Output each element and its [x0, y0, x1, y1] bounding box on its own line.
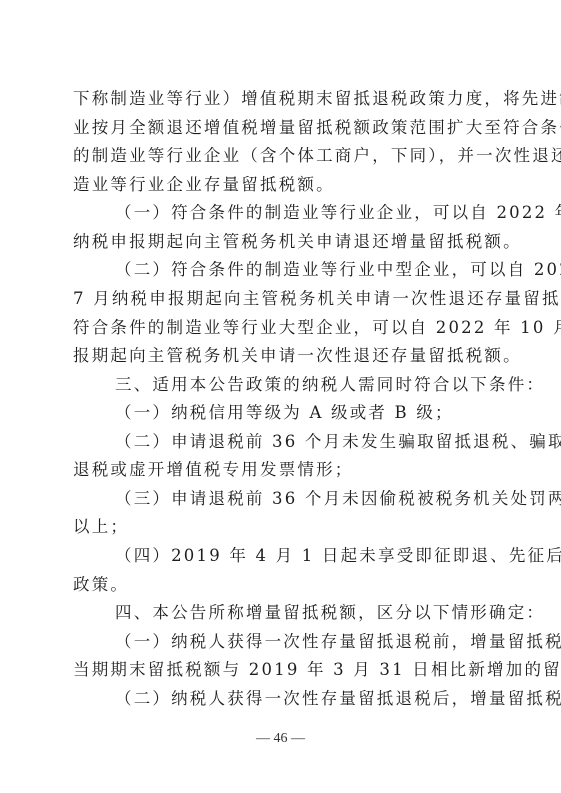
text-line: 报期起向主管税务机关申请一次性退还存量留抵税额。 [73, 342, 491, 371]
page-number: — 46 — [0, 731, 561, 747]
text-line: （一）纳税人获得一次性存量留抵退税前，增量留抵税额为 [73, 628, 491, 657]
text-line: （一）纳税信用等级为 A 级或者 B 级； [73, 399, 491, 428]
text-line: （四）2019 年 4 月 1 日起未享受即征即退、先征后返（退） [73, 542, 491, 571]
text-line: （一）符合条件的制造业等行业企业，可以自 2022 年 4 月 [73, 199, 491, 228]
section-heading: 三、适用本公告政策的纳税人需同时符合以下条件： [73, 371, 491, 400]
text-line: （二）申请退税前 36 个月未发生骗取留抵退税、骗取出口 [73, 428, 491, 457]
document-body: 下称制造业等行业）增值税期末留抵退税政策力度，将先进制造 业按月全额退还增值税增… [73, 85, 491, 713]
document-page: 下称制造业等行业）增值税期末留抵退税政策力度，将先进制造 业按月全额退还增值税增… [0, 0, 561, 793]
text-line: 下称制造业等行业）增值税期末留抵退税政策力度，将先进制造 [73, 85, 491, 114]
text-line: 当期期末留抵税额与 2019 年 3 月 31 日相比新增加的留抵税额。 [73, 656, 491, 685]
text-line: 以上； [73, 513, 491, 542]
text-line: 政策。 [73, 571, 491, 600]
text-line: 造业等行业企业存量留抵税额。 [73, 171, 491, 200]
text-line: 纳税申报期起向主管税务机关申请退还增量留抵税额。 [73, 228, 491, 257]
text-line: （二）符合条件的制造业等行业中型企业，可以自 2022 年 [73, 256, 491, 285]
text-line: （三）申请退税前 36 个月未因偷税被税务机关处罚两次及 [73, 485, 491, 514]
text-line: 退税或虚开增值税专用发票情形； [73, 456, 491, 485]
text-line: 的制造业等行业企业（含个体工商户，下同），并一次性退还制 [73, 142, 491, 171]
text-line: 业按月全额退还增值税增量留抵税额政策范围扩大至符合条件 [73, 114, 491, 143]
text-line: 7 月纳税申报期起向主管税务机关申请一次性退还存量留抵税额； [73, 285, 491, 314]
text-line: （二）纳税人获得一次性存量留抵退税后，增量留抵税额为 [73, 685, 491, 714]
text-line: 符合条件的制造业等行业大型企业，可以自 2022 年 10 月纳税申 [73, 314, 491, 343]
section-heading: 四、本公告所称增量留抵税额，区分以下情形确定： [73, 599, 491, 628]
